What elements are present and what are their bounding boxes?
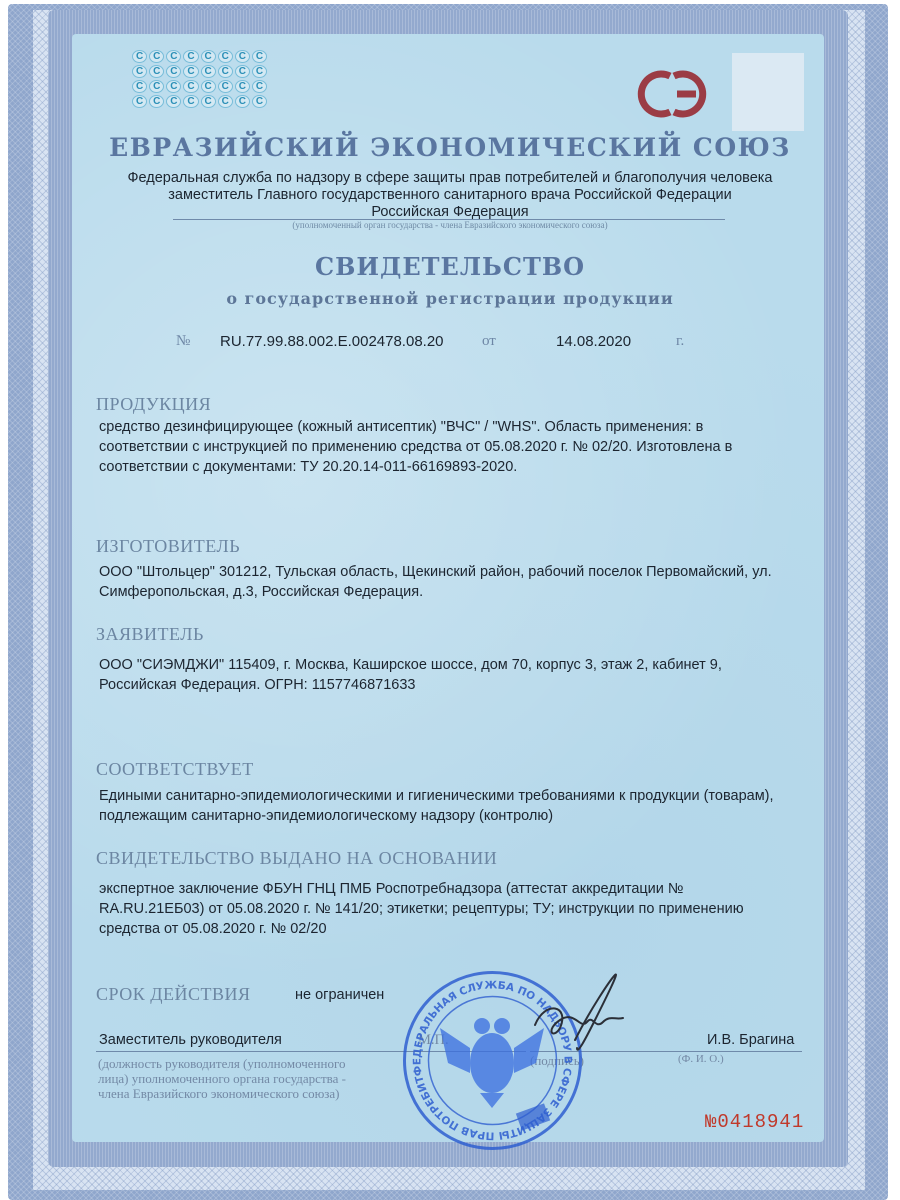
product-line: средство дезинфицирующее (кожный антисеп…: [99, 417, 824, 437]
hologram-tile: C: [201, 80, 216, 93]
position-caption-line: лица) уполномоченного органа государства…: [98, 1071, 346, 1086]
product-line: соответствии с инструкцией по применению…: [99, 437, 824, 457]
handwritten-signature-icon: [515, 970, 635, 1060]
conforms-text: Едиными санитарно-эпидемиологическими и …: [99, 786, 824, 826]
validity-heading: СРОК ДЕЙСТВИЯ: [96, 984, 251, 1005]
certificate-subtitle: о государственной регистрации продукции: [0, 289, 900, 308]
hologram-tile: C: [218, 80, 233, 93]
serial-number: №0418941: [705, 1111, 804, 1133]
hologram-tile: C: [183, 65, 198, 78]
applicant-line: ООО "СИЭМДЖИ" 115409, г. Москва, Каширск…: [99, 655, 824, 675]
hologram-tile: C: [132, 65, 147, 78]
certificate-number-row: № RU.77.99.88.002.E.002478.08.20 от 14.0…: [0, 333, 900, 353]
hologram-tile: C: [132, 80, 147, 93]
hologram-sticker: CCCCCCCCCCCCCCCCCCCCCCCCCCCCCCCC: [132, 50, 267, 98]
agency-line-3: Российская Федерация: [0, 204, 900, 220]
hologram-tile: C: [252, 95, 267, 108]
hologram-tile: C: [252, 50, 267, 63]
hologram-tile: C: [201, 95, 216, 108]
manufacturer-line: Симферопольская, д.3, Российская Федерац…: [99, 582, 824, 602]
hologram-tile: C: [235, 95, 250, 108]
basis-text: экспертное заключение ФБУН ГНЦ ПМБ Роспо…: [99, 879, 824, 939]
certificate-number: RU.77.99.88.002.E.002478.08.20: [220, 333, 444, 350]
conforms-line: Едиными санитарно-эпидемиологическими и …: [99, 786, 824, 806]
hologram-tile: C: [149, 50, 164, 63]
hologram-tile: C: [201, 65, 216, 78]
basis-line: экспертное заключение ФБУН ГНЦ ПМБ Роспо…: [99, 879, 824, 899]
hologram-tile: C: [149, 65, 164, 78]
union-title: ЕВРАЗИЙСКИЙ ЭКОНОМИЧЕСКИЙ СОЮЗ: [0, 133, 900, 162]
hologram-tile: C: [183, 80, 198, 93]
signer-position: Заместитель руководителя: [99, 1032, 282, 1048]
conforms-line: подлежащим санитарно-эпидемиологическому…: [99, 806, 824, 826]
agency-line-1: Федеральная служба по надзору в сфере за…: [0, 170, 900, 186]
hologram-tile: C: [252, 80, 267, 93]
hologram-tile: C: [166, 50, 181, 63]
agency-caption: (уполномоченный орган государства - член…: [0, 220, 900, 230]
hologram-tile: C: [218, 95, 233, 108]
basis-heading: СВИДЕТЕЛЬСТВО ВЫДАНО НА ОСНОВАНИИ: [96, 848, 497, 869]
validity-value: не ограничен: [295, 987, 384, 1003]
hologram-tile: C: [218, 65, 233, 78]
hologram-tile: C: [132, 95, 147, 108]
hologram-tile: C: [235, 65, 250, 78]
manufacturer-line: ООО "Штольцер" 301212, Тульская область,…: [99, 562, 824, 582]
applicant-heading: ЗАЯВИТЕЛЬ: [96, 624, 204, 645]
year-suffix: г.: [676, 333, 684, 350]
certificate-date: 14.08.2020: [556, 333, 631, 350]
name-caption: (Ф. И. О.): [678, 1052, 724, 1067]
hologram-tile: C: [252, 65, 267, 78]
hologram-tile: C: [166, 80, 181, 93]
blank-security-box: [732, 53, 804, 131]
hologram-tile: C: [235, 80, 250, 93]
hologram-tile: C: [166, 65, 181, 78]
hologram-tile: C: [183, 95, 198, 108]
product-text: средство дезинфицирующее (кожный антисеп…: [99, 417, 824, 477]
hologram-tile: C: [201, 50, 216, 63]
hologram-tile: C: [235, 50, 250, 63]
manufacturer-text: ООО "Штольцер" 301212, Тульская область,…: [99, 562, 824, 602]
number-label: №: [176, 333, 190, 350]
hologram-tile: C: [132, 50, 147, 63]
hologram-tile: C: [149, 80, 164, 93]
product-heading: ПРОДУКЦИЯ: [96, 394, 211, 415]
basis-line: RA.RU.21ЕБ03) от 05.08.2020 г. № 141/20;…: [99, 899, 824, 919]
manufacturer-heading: ИЗГОТОВИТЕЛЬ: [96, 536, 240, 557]
position-caption: (должность руководителя (уполномоченного…: [98, 1056, 346, 1101]
signer-name: И.В. Брагина: [707, 1032, 794, 1048]
hologram-tile: C: [183, 50, 198, 63]
certificate-title: СВИДЕТЕЛЬСТВО: [0, 252, 900, 281]
applicant-line: Российская Федерация. ОГРН: 115774687163…: [99, 675, 824, 695]
position-caption-line: (должность руководителя (уполномоченного: [98, 1056, 346, 1071]
product-line: соответствии с документами: ТУ 20.20.14-…: [99, 457, 824, 477]
applicant-text: ООО "СИЭМДЖИ" 115409, г. Москва, Каширск…: [99, 655, 824, 695]
eac-logo-icon: [632, 68, 712, 120]
conforms-heading: СООТВЕТСТВУЕТ: [96, 759, 254, 780]
position-caption-line: члена Евразийского экономического союза): [98, 1086, 346, 1101]
basis-line: средства от 05.08.2020 г. № 02/20: [99, 919, 824, 939]
agency-line-2: заместитель Главного государственного са…: [0, 187, 900, 203]
date-label: от: [482, 333, 496, 350]
hologram-tile: C: [218, 50, 233, 63]
